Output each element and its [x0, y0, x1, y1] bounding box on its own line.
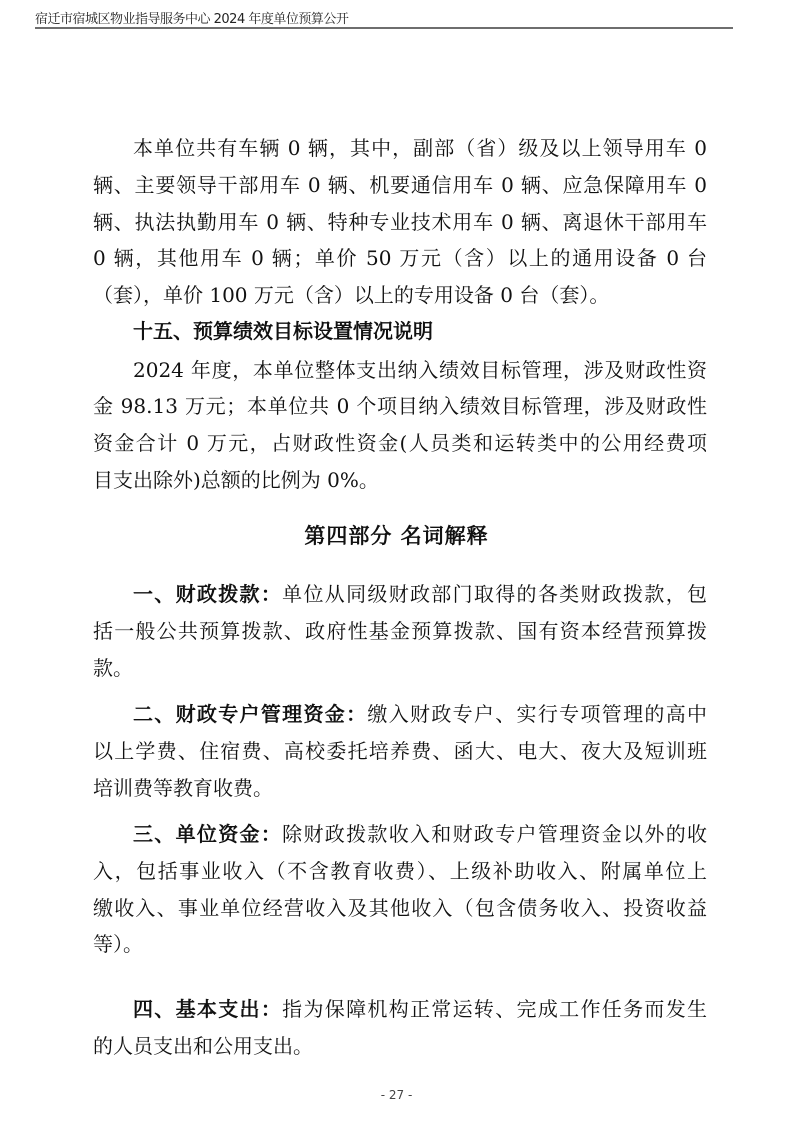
paragraph-line: 目支出除外)总额的比例为 0%。 [93, 465, 707, 495]
definition-text: 单位从同级财政部门取得的各类财政拨款，包 [282, 582, 707, 606]
part-title: 第四部分 名词解释 [0, 520, 793, 552]
term-label: 一、财政拨款： [133, 582, 282, 606]
paragraph-line: 金 98.13 万元；本单位共 0 个项目纳入绩效目标管理，涉及财政性 [93, 391, 707, 421]
header-title: 宿迁市宿城区物业指导服务中心 2024 年度单位预算公开 [35, 8, 488, 27]
paragraph-line: 培训费等教育收费。 [93, 773, 707, 803]
page-number: - 27 - [0, 1088, 793, 1102]
term-label: 四、基本支出： [133, 997, 282, 1021]
paragraph-line: 的人员支出和公用支出。 [93, 1031, 707, 1061]
definition-text: 缴入财政专户、实行专项管理的高中 [367, 702, 707, 726]
definition-text: 除财政拨款收入和财政专户管理资金以外的收 [282, 822, 707, 846]
paragraph-line: 等）。 [93, 929, 707, 959]
paragraph-line: 2024 年度，本单位整体支出纳入绩效目标管理，涉及财政性资 [133, 355, 707, 385]
paragraph-line: 以上学费、住宿费、高校委托培养费、函大、电大、夜大及短训班 [93, 736, 707, 766]
header-divider [35, 27, 733, 29]
definition-first-line: 四、基本支出：指为保障机构正常运转、完成工作任务而发生 [133, 994, 707, 1024]
paragraph-line: 辆、主要领导干部用车 0 辆、机要通信用车 0 辆、应急保障用车 0 [93, 170, 707, 200]
paragraph-line: 0 辆，其他用车 0 辆；单价 50 万元（含）以上的通用设备 0 台 [93, 243, 707, 273]
paragraph-line: 辆、执法执勤用车 0 辆、特种专业技术用车 0 辆、离退休干部用车 [93, 207, 707, 237]
definition-first-line: 二、财政专户管理资金：缴入财政专户、实行专项管理的高中 [133, 699, 707, 729]
paragraph-line: 本单位共有车辆 0 辆，其中，副部（省）级及以上领导用车 0 [133, 133, 707, 163]
definition-text: 指为保障机构正常运转、完成工作任务而发生 [282, 997, 707, 1021]
term-label: 三、单位资金： [133, 822, 282, 846]
definition-first-line: 三、单位资金：除财政拨款收入和财政专户管理资金以外的收 [133, 819, 707, 849]
paragraph-line: 资金合计 0 万元，占财政性资金(人员类和运转类中的公用经费项 [93, 428, 707, 458]
definition-first-line: 一、财政拨款：单位从同级财政部门取得的各类财政拨款，包 [133, 579, 707, 609]
paragraph-line: （套），单价 100 万元（含）以上的专用设备 0 台（套）。 [93, 280, 707, 310]
term-label: 二、财政专户管理资金： [133, 702, 367, 726]
section-heading: 十五、预算绩效目标设置情况说明 [133, 316, 433, 346]
paragraph-line: 括一般公共预算拨款、政府性基金预算拨款、国有资本经营预算拨 [93, 616, 707, 646]
paragraph-line: 款。 [93, 653, 707, 683]
paragraph-line: 缴收入、事业单位经营收入及其他收入（包含债务收入、投资收益 [93, 893, 707, 923]
paragraph-line: 入，包括事业收入（不含教育收费）、上级补助收入、附属单位上 [93, 856, 707, 886]
